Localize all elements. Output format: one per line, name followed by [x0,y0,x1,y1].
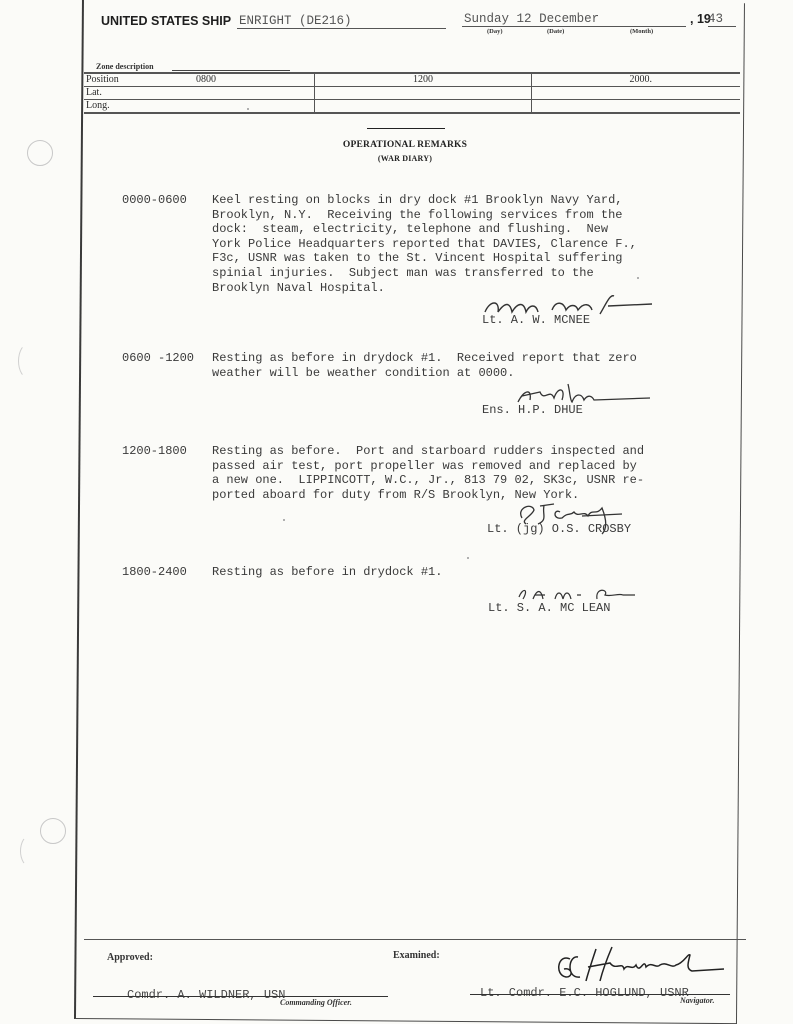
lat-label: Lat. [86,87,102,98]
remarks-title: OPERATIONAL REMARKS [300,140,510,150]
day-caption: (Day) [487,28,503,35]
signature-name: Lt. A. W. MCNEE [482,313,590,327]
date-value: 12 [517,12,532,26]
signature-line [470,994,730,995]
entry-time: 0600 -1200 [122,351,212,366]
long-label: Long. [86,100,110,111]
binder-hole [18,343,40,379]
navigator-name: Lt. Comdr. E.C. HOGLUND, USNR [480,986,689,1000]
signature-line [93,996,388,997]
signature-scrawl [515,583,640,603]
position-table: Position0800 1200 2000. Lat. Long. [84,72,740,114]
log-entry: 0000-0600Keel resting on blocks in dry d… [122,193,637,295]
examined-label: Examined: [393,950,440,961]
table-row: Lat. [84,87,740,100]
entry-time: 1200-1800 [122,444,212,459]
ship-label: UNITED STATES SHIP [101,14,231,28]
footer-divider [84,939,746,940]
log-entry: 1800-2400Resting as before in drydock #1… [122,565,442,580]
scan-speck [247,108,249,110]
binder-hole [27,140,53,166]
year-value: 43 [708,12,736,27]
remarks-subtitle: (WAR DIARY) [300,154,510,163]
scan-speck [283,519,285,521]
day-value: Sunday [464,12,509,26]
commanding-officer-caption: Commanding Officer. [280,998,352,1007]
binder-hole [40,818,66,844]
navigator-caption: Navigator. [680,996,714,1005]
entry-text: Resting as before in drydock #1. Receive… [212,351,637,380]
signature-name: Lt. (jg) O.S. CROSBY [487,522,631,536]
position-label: Position [86,74,196,86]
scan-speck [467,557,469,559]
entry-text: Keel resting on blocks in dry dock #1 Br… [212,193,637,295]
commanding-officer-name: Comdr. A. WILDNER, USN [127,988,285,1002]
log-entry: 1200-1800Resting as before. Port and sta… [122,444,644,502]
entry-text: Resting as before in drydock #1. [212,565,442,580]
date-caption: (Date) [547,28,564,35]
table-row: Position0800 1200 2000. [84,73,740,87]
table-row: Long. [84,100,740,114]
entry-time: 1800-2400 [122,565,212,580]
scan-speck [637,277,639,279]
month-value: December [539,12,599,26]
log-entry: 0600 -1200Resting as before in drydock #… [122,351,637,380]
position-2000: 2000. [630,74,653,85]
heading-rule [367,128,445,129]
entry-time: 0000-0600 [122,193,212,208]
position-1200: 1200 [413,74,433,85]
signature-name: Lt. S. A. MC LEAN [488,601,610,615]
signature-name: Ens. H.P. DHUE [482,403,583,417]
zone-description-label: Zone description [96,62,154,71]
month-caption: (Month) [630,28,653,35]
ship-name: ENRIGHT (DE216) [237,14,446,29]
zone-description-field [172,70,290,71]
date-line: Sunday 12 December [462,12,686,27]
position-0800: 0800 [196,74,216,85]
binder-hole [20,835,40,867]
entry-text: Resting as before. Port and starboard ru… [212,444,644,502]
approved-label: Approved: [107,952,153,963]
